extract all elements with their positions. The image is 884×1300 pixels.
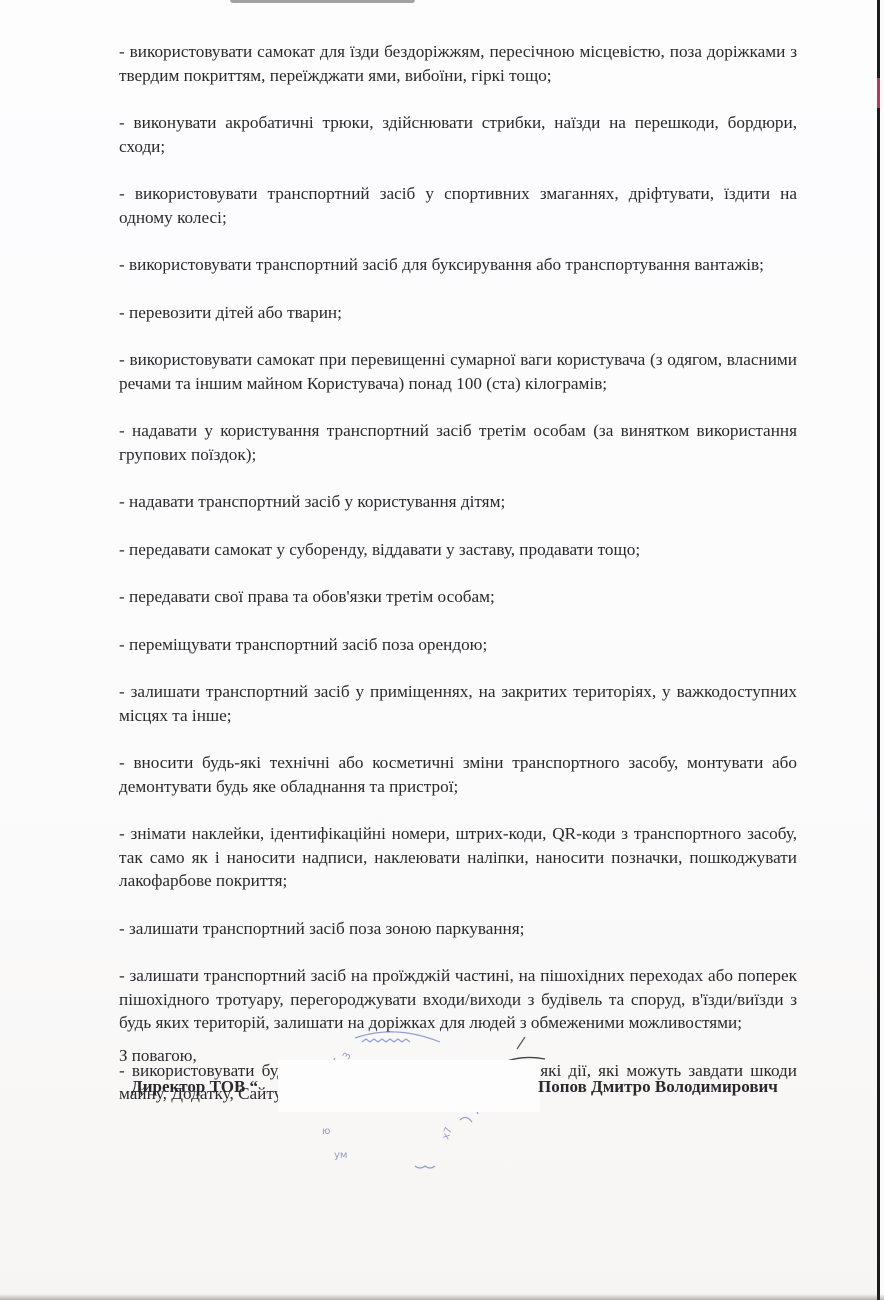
- prohibitions-list: - використовувати самокат для їзди бездо…: [119, 40, 797, 1130]
- svg-text:ум: ум: [334, 1150, 347, 1161]
- list-item: - перевозити дітей або тварин;: [119, 301, 797, 325]
- list-item: - передавати самокат у суборенду, віддав…: [119, 538, 797, 562]
- list-item: - використовувати самокат при перевищенн…: [119, 348, 797, 395]
- scan-top-shadow: [230, 0, 415, 3]
- list-item: - використовувати транспортний засіб у с…: [119, 182, 797, 229]
- signatory-title: Директор ТОВ “: [131, 1077, 258, 1097]
- list-item: - виконувати акробатичні трюки, здійснюв…: [119, 111, 797, 158]
- list-item: - переміщувати транспортний засіб поза о…: [119, 633, 797, 657]
- list-item: - залишати транспортний засіб у приміщен…: [119, 680, 797, 727]
- list-item: - надавати транспортний засіб у користув…: [119, 490, 797, 514]
- redacted-company-name: [278, 1060, 540, 1112]
- scan-bottom-shadow: [0, 1294, 884, 1300]
- scanned-page: - використовувати самокат для їзди бездо…: [0, 0, 880, 1300]
- closing-salutation: З повагою,: [119, 1046, 197, 1066]
- list-item: - вносити будь-які технічні або косметич…: [119, 751, 797, 798]
- list-item: - залишати транспортний засіб на проїждж…: [119, 964, 797, 1035]
- list-item: - використовувати транспортний засіб для…: [119, 253, 797, 277]
- scan-right-edge: [877, 0, 880, 1300]
- list-item: - знімати наклейки, ідентифікаційні номе…: [119, 822, 797, 893]
- list-item: - передавати свої права та обов'язки тре…: [119, 585, 797, 609]
- scan-edge-accent: [877, 78, 880, 108]
- list-item: - надавати у користування транспортний з…: [119, 419, 797, 466]
- signatory-name: Попов Дмитро Володимирович: [538, 1077, 778, 1097]
- list-item: - залишати транспортний засіб поза зоною…: [119, 917, 797, 941]
- list-item: - використовувати самокат для їзди бездо…: [119, 40, 797, 87]
